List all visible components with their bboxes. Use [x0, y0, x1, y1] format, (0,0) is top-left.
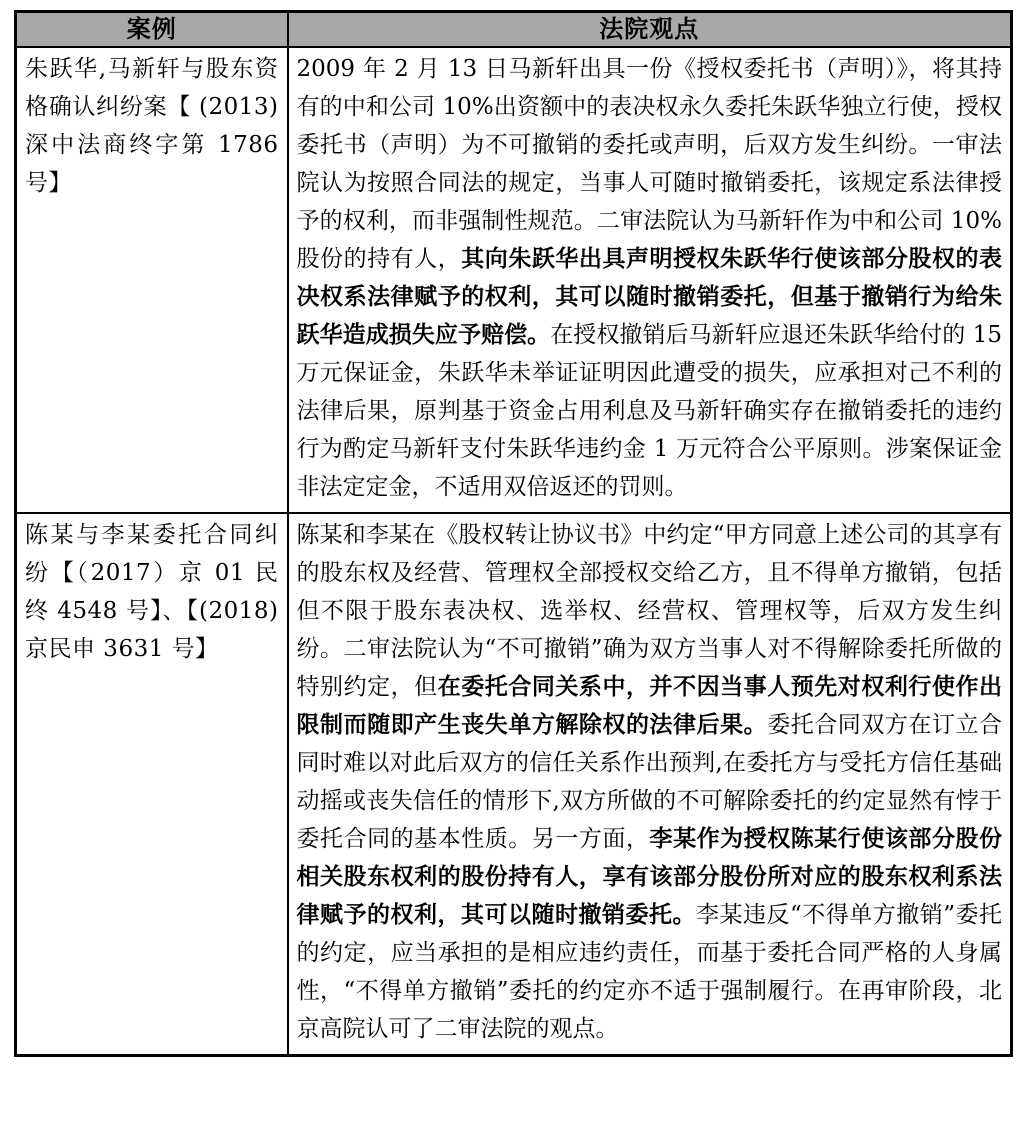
- opinion-segment: 在授权撤销后马新轩应退还朱跃华给付的 15 万元保证金，朱跃华未举证证明因此遭受…: [297, 322, 1003, 500]
- table-body: 朱跃华,马新轩与股东资格确认纠纷案【 (2013)深中法商终字第 1786 号】…: [16, 47, 1012, 1056]
- opinion-cell: 陈某和李某在《股权转让协议书》中约定“甲方同意上述公司的其享有的股东权及经营、管…: [288, 513, 1012, 1056]
- case-cell: 朱跃华,马新轩与股东资格确认纠纷案【 (2013)深中法商终字第 1786 号】: [16, 47, 288, 513]
- document-page: 案例 法院观点 朱跃华,马新轩与股东资格确认纠纷案【 (2013)深中法商终字第…: [0, 0, 1024, 1122]
- opinion-cell: 2009 年 2 月 13 日马新轩出具一份《授权委托书（声明）》，将其持有的中…: [288, 47, 1012, 513]
- opinion-segment: 2009 年 2 月 13 日马新轩出具一份《授权委托书（声明）》，将其持有的中…: [297, 56, 1003, 272]
- header-row: 案例 法院观点: [16, 12, 1012, 48]
- case-cell: 陈某与李某委托合同纠纷【（2017）京 01 民终 4548 号】、【(2018…: [16, 513, 288, 1056]
- case-table: 案例 法院观点 朱跃华,马新轩与股东资格确认纠纷案【 (2013)深中法商终字第…: [14, 10, 1013, 1057]
- header-cell-court-opinion: 法院观点: [288, 12, 1012, 48]
- table-row: 陈某与李某委托合同纠纷【（2017）京 01 民终 4548 号】、【(2018…: [16, 513, 1012, 1056]
- table-row: 朱跃华,马新轩与股东资格确认纠纷案【 (2013)深中法商终字第 1786 号】…: [16, 47, 1012, 513]
- header-cell-case: 案例: [16, 12, 288, 48]
